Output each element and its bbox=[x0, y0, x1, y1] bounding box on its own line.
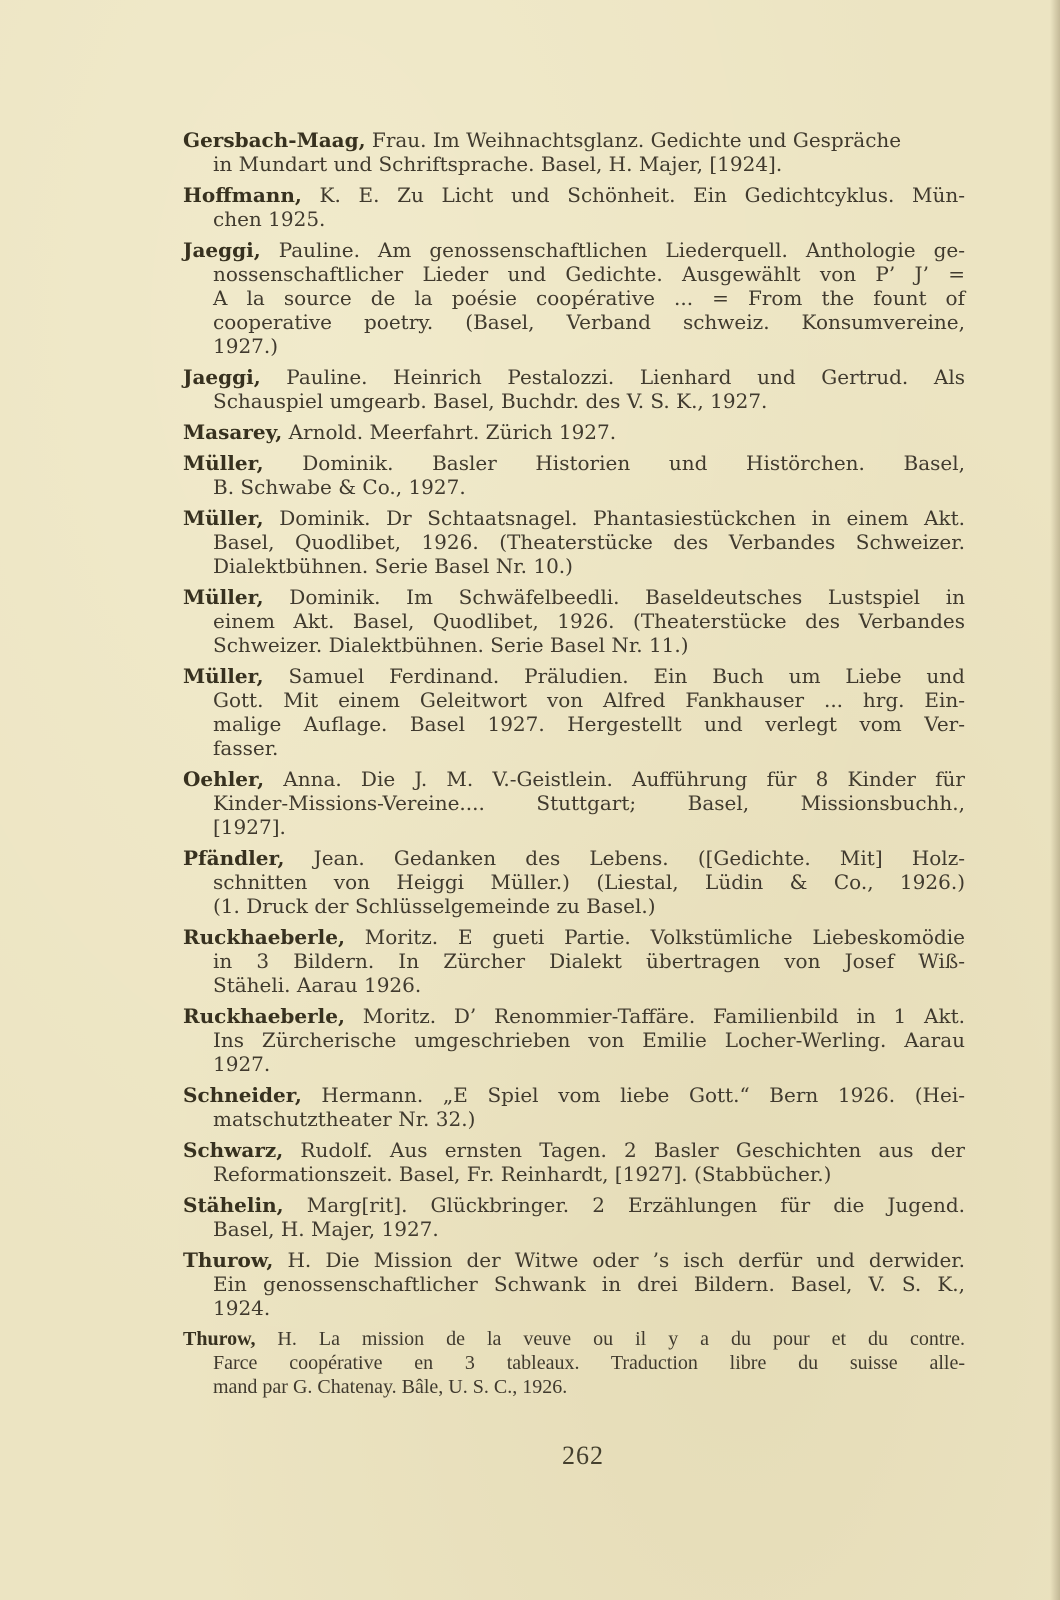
entry-text: Marg[rit]. Glückbringer. 2 Erzählungen f… bbox=[284, 1193, 965, 1217]
entry-line: [1927]. bbox=[183, 815, 965, 839]
entry-line: Stähelin, Marg[rit]. Glückbringer. 2 Erz… bbox=[183, 1193, 965, 1217]
entry-line: Oehler, Anna. Die J. M. V.-Geistlein. Au… bbox=[183, 767, 965, 791]
entry-line: mand par G. Chatenay. Bâle, U. S. C., 19… bbox=[183, 1375, 965, 1399]
entry-line: Müller, Dominik. Basler Historien und Hi… bbox=[183, 451, 965, 475]
entry-author: Müller, bbox=[183, 664, 264, 688]
bibliography-entry: Müller, Dominik. Dr Schtaatsnagel. Phant… bbox=[183, 506, 965, 578]
entry-author: Jaeggi, bbox=[183, 238, 261, 262]
entry-line: Jaeggi, Pauline. Heinrich Pestalozzi. Li… bbox=[183, 365, 965, 389]
entry-author: Thurow, bbox=[183, 1248, 273, 1272]
bibliography-entry: Müller, Dominik. Basler Historien und Hi… bbox=[183, 451, 965, 499]
scanned-page: { "page": { "number": "262", "background… bbox=[0, 0, 1060, 1600]
page-edge-shadow bbox=[1050, 0, 1060, 1600]
entry-line: Ein genossenschaftlicher Schwank in drei… bbox=[183, 1272, 965, 1296]
entry-author: Müller, bbox=[183, 451, 264, 475]
entry-line: fasser. bbox=[183, 736, 965, 760]
bibliography-entry: Pfändler, Jean. Gedanken des Lebens. ([G… bbox=[183, 846, 965, 918]
bibliography-entry: Jaeggi, Pauline. Heinrich Pestalozzi. Li… bbox=[183, 365, 965, 413]
bibliography-entry: Ruckhaeberle, Moritz. D’ Renommier-Taffä… bbox=[183, 1004, 965, 1076]
bibliography-entry: Hoffmann, K. E. Zu Licht und Schönheit. … bbox=[183, 183, 965, 231]
entry-line: Müller, Samuel Ferdinand. Präludien. Ein… bbox=[183, 664, 965, 688]
entry-author: Schwarz, bbox=[183, 1138, 283, 1162]
entry-author: Pfändler, bbox=[183, 846, 285, 870]
entry-line: nossenschaftlicher Lieder und Gedichte. … bbox=[183, 262, 965, 286]
entry-line: Thurow, H. La mission de la veuve ou il … bbox=[183, 1327, 965, 1351]
entry-line: malige Auflage. Basel 1927. Hergestellt … bbox=[183, 712, 965, 736]
entry-line: A la source de la poésie coopérative ...… bbox=[183, 286, 965, 310]
bibliography-entry: Ruckhaeberle, Moritz. E gueti Partie. Vo… bbox=[183, 925, 965, 997]
entry-line: Reformationszeit. Basel, Fr. Reinhardt, … bbox=[183, 1162, 965, 1186]
entry-line: Gersbach-Maag, Frau. Im Weihnachtsglanz.… bbox=[183, 128, 901, 152]
entry-line: (1. Druck der Schlüsselgemeinde zu Basel… bbox=[183, 894, 965, 918]
entry-author: Ruckhaeberle, bbox=[183, 1004, 345, 1028]
bibliography-entry: Müller, Dominik. Im Schwäfelbeedli. Base… bbox=[183, 585, 965, 657]
entry-line: einem Akt. Basel, Quodlibet, 1926. (Thea… bbox=[183, 609, 965, 633]
entry-line: cooperative poetry. (Basel, Verband schw… bbox=[183, 310, 965, 334]
entry-line: 1927.) bbox=[183, 334, 965, 358]
entry-line: Kinder-Missions-Vereine.... Stuttgart; B… bbox=[183, 791, 965, 815]
entry-line: Ruckhaeberle, Moritz. E gueti Partie. Vo… bbox=[183, 925, 965, 949]
entry-line: matschutztheater Nr. 32.) bbox=[183, 1107, 965, 1131]
entry-author: Ruckhaeberle, bbox=[183, 925, 345, 949]
entry-text: Arnold. Meerfahrt. Zürich 1927. bbox=[282, 420, 616, 444]
entry-author: Masarey, bbox=[183, 420, 282, 444]
entry-line: 1927. bbox=[183, 1052, 965, 1076]
entry-line: chen 1925. bbox=[183, 207, 965, 231]
bibliography-entry: Jaeggi, Pauline. Am genossenschaftlichen… bbox=[183, 238, 965, 358]
entry-line: Schneider, Hermann. „E Spiel vom liebe G… bbox=[183, 1083, 965, 1107]
entry-text: Anna. Die J. M. V.-Geistlein. Aufführung… bbox=[264, 767, 965, 791]
entry-line: Pfändler, Jean. Gedanken des Lebens. ([G… bbox=[183, 846, 965, 870]
entry-text: H. La mission de la veuve ou il y a du p… bbox=[255, 1328, 965, 1350]
entry-line: Ruckhaeberle, Moritz. D’ Renommier-Taffä… bbox=[183, 1004, 965, 1028]
entry-text: Dominik. Dr Schtaatsnagel. Phantasiestüc… bbox=[264, 506, 965, 530]
entry-line: in 3 Bildern. In Zürcher Dialekt übertra… bbox=[183, 949, 965, 973]
entry-text: K. E. Zu Licht und Schönheit. Ein Gedich… bbox=[302, 183, 965, 207]
entry-text: Frau. Im Weihnachtsglanz. Gedichte und G… bbox=[366, 128, 902, 152]
entry-text: Hermann. „E Spiel vom liebe Gott.“ Bern … bbox=[302, 1083, 965, 1107]
entry-line: Basel, Quodlibet, 1926. (Theaterstücke d… bbox=[183, 530, 965, 554]
entry-author: Gersbach-Maag, bbox=[183, 128, 366, 152]
entry-line: Müller, Dominik. Im Schwäfelbeedli. Base… bbox=[183, 585, 965, 609]
entry-line: Schweizer. Dialektbühnen. Serie Basel Nr… bbox=[183, 633, 965, 657]
entry-text: Samuel Ferdinand. Präludien. Ein Buch um… bbox=[264, 664, 965, 688]
entry-line: 1924. bbox=[183, 1296, 965, 1320]
entry-text: Moritz. E gueti Partie. Volkstümliche Li… bbox=[345, 925, 965, 949]
bibliography-entry: Thurow, H. La mission de la veuve ou il … bbox=[183, 1327, 965, 1399]
entry-line: Stäheli. Aarau 1926. bbox=[183, 973, 965, 997]
entry-author: Oehler, bbox=[183, 767, 264, 791]
entry-text: Pauline. Heinrich Pestalozzi. Lienhard u… bbox=[261, 365, 965, 389]
page-number: 262 bbox=[183, 1441, 983, 1471]
entry-line: B. Schwabe & Co., 1927. bbox=[183, 475, 965, 499]
entry-author: Stähelin, bbox=[183, 1193, 284, 1217]
entry-text: Moritz. D’ Renommier-Taffäre. Familienbi… bbox=[345, 1004, 965, 1028]
entry-text: H. Die Mission der Witwe oder ’s isch de… bbox=[273, 1248, 965, 1272]
entry-line: in Mundart und Schriftsprache. Basel, H.… bbox=[183, 152, 965, 176]
entry-author: Müller, bbox=[183, 506, 264, 530]
entry-line: schnitten von Heiggi Müller.) (Liestal, … bbox=[183, 870, 965, 894]
bibliography-text-block: Gersbach-Maag, Frau. Im Weihnachtsglanz.… bbox=[183, 128, 965, 1406]
bibliography-entry: Schneider, Hermann. „E Spiel vom liebe G… bbox=[183, 1083, 965, 1131]
bibliography-entry: Thurow, H. Die Mission der Witwe oder ’s… bbox=[183, 1248, 965, 1320]
entry-line: Schauspiel umgearb. Basel, Buchdr. des V… bbox=[183, 389, 965, 413]
entry-text: Dominik. Im Schwäfelbeedli. Baseldeutsch… bbox=[264, 585, 965, 609]
entry-line: Gott. Mit einem Geleitwort von Alfred Fa… bbox=[183, 688, 965, 712]
entry-line: Dialektbühnen. Serie Basel Nr. 10.) bbox=[183, 554, 965, 578]
entry-author: Hoffmann, bbox=[183, 183, 302, 207]
entry-line: Farce coopérative en 3 tableaux. Traduct… bbox=[183, 1351, 965, 1375]
entry-line: Hoffmann, K. E. Zu Licht und Schönheit. … bbox=[183, 183, 965, 207]
bibliography-entry: Masarey, Arnold. Meerfahrt. Zürich 1927. bbox=[183, 420, 965, 444]
entry-author: Schneider, bbox=[183, 1083, 302, 1107]
entry-author: Thurow, bbox=[183, 1328, 255, 1350]
entry-text: Dominik. Basler Historien und Histörchen… bbox=[264, 451, 965, 475]
bibliography-entry: Stähelin, Marg[rit]. Glückbringer. 2 Erz… bbox=[183, 1193, 965, 1241]
bibliography-entry: Oehler, Anna. Die J. M. V.-Geistlein. Au… bbox=[183, 767, 965, 839]
entry-line: Jaeggi, Pauline. Am genossenschaftlichen… bbox=[183, 238, 965, 262]
bibliography-entry: Schwarz, Rudolf. Aus ernsten Tagen. 2 Ba… bbox=[183, 1138, 965, 1186]
entry-line: Ins Zürcherische umgeschrieben von Emili… bbox=[183, 1028, 965, 1052]
entry-author: Müller, bbox=[183, 585, 264, 609]
entry-line: Basel, H. Majer, 1927. bbox=[183, 1217, 965, 1241]
entry-text: Jean. Gedanken des Lebens. ([Gedichte. M… bbox=[285, 846, 966, 870]
entry-line: Masarey, Arnold. Meerfahrt. Zürich 1927. bbox=[183, 420, 965, 444]
entry-line: Schwarz, Rudolf. Aus ernsten Tagen. 2 Ba… bbox=[183, 1138, 965, 1162]
entry-text: Rudolf. Aus ernsten Tagen. 2 Basler Gesc… bbox=[283, 1138, 965, 1162]
bibliography-entry: Müller, Samuel Ferdinand. Präludien. Ein… bbox=[183, 664, 965, 760]
entry-text: Pauline. Am genossenschaftlichen Liederq… bbox=[261, 238, 965, 262]
entry-line: Müller, Dominik. Dr Schtaatsnagel. Phant… bbox=[183, 506, 965, 530]
bibliography-entry: Gersbach-Maag, Frau. Im Weihnachtsglanz.… bbox=[183, 128, 965, 176]
entry-author: Jaeggi, bbox=[183, 365, 261, 389]
entry-line: Thurow, H. Die Mission der Witwe oder ’s… bbox=[183, 1248, 965, 1272]
